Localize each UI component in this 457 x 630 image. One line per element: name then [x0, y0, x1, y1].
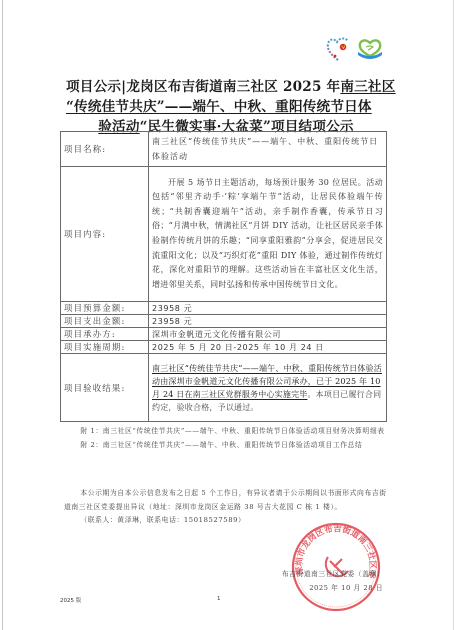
signature-block: 布吉街道南三社区党委（盖章） 2025 年 10 月 28 日 [254, 567, 384, 595]
project-content-text: 开展 5 场节日主题活动，每场预计服务 30 位居民。活动包括“邻里齐动手·‘粽… [152, 176, 383, 293]
table-row-expenditure: 项目支出金额: 23958 元 [61, 315, 387, 328]
label-budget: 项目预算金额: [61, 302, 149, 315]
value-period: 2025 年 5 月 20 日-2025 年 10 月 24 日 [149, 341, 387, 354]
label-period: 项目实施周期: [61, 341, 149, 354]
signing-date: 2025 年 10 月 28 日 [254, 581, 384, 595]
signing-organization: 布吉街道南三社区党委（盖章） [254, 567, 384, 581]
footer-version: 2025 版 [60, 596, 81, 604]
table-row-contractor: 项目承办方: 深圳市金帆道元文化传播有限公司 [61, 328, 387, 341]
label-acceptance-result: 项目验收结果: [61, 354, 149, 422]
value-expenditure: 23958 元 [149, 315, 387, 328]
value-acceptance-result: 南三社区“传统佳节共庆”——端午、中秋、重阳传统节日体验活动由深圳市金帆道元文化… [149, 354, 387, 422]
table-row-period: 项目实施周期: 2025 年 5 月 20 日-2025 年 10 月 24 日 [61, 341, 387, 354]
party-heart-logo-icon [326, 36, 350, 62]
project-info-table: 项目名称: 南三社区“传统佳节共庆”——端午、中秋、重阳传统节日体验活动 项目内… [60, 131, 387, 422]
attachment-1: 附 1：南三社区“传统佳节共庆”——端午、中秋、重阳传统节日体验活动项目财务决算… [64, 425, 394, 439]
table-row-project-name: 项目名称: 南三社区“传统佳节共庆”——端午、中秋、重阳传统节日体验活动 [61, 132, 387, 167]
attachments-list: 附 1：南三社区“传统佳节共庆”——端午、中秋、重阳传统节日体验活动项目财务决算… [64, 425, 394, 452]
document-title: 项目公示|龙岗区布吉街道南三社区 2025 年南三社区 “传统佳节共庆”——端午… [66, 77, 386, 137]
title-prefix: 项目公示|龙岗区布吉街道南三社区 2025 年 [66, 79, 340, 95]
table-row-budget: 项目预算金额: 23958 元 [61, 302, 387, 315]
page-edge-right [453, 0, 454, 630]
value-project-content: 开展 5 场节日主题活动，每场预计服务 30 位居民。活动包括“邻里齐动手·‘粽… [149, 167, 387, 302]
value-project-name: 南三社区“传统佳节共庆”——端午、中秋、重阳传统节日体验活动 [149, 132, 387, 167]
value-contractor: 深圳市金帆道元文化传播有限公司 [149, 328, 387, 341]
value-budget: 23958 元 [149, 302, 387, 315]
title-line-2: “传统佳节共庆”——端午、中秋、重阳传统节日体 [66, 97, 386, 117]
table-row-project-content: 项目内容: 开展 5 场节日主题活动，每场预计服务 30 位居民。活动包括“邻里… [61, 167, 387, 302]
label-expenditure: 项目支出金额: [61, 315, 149, 328]
label-contractor: 项目承办方: [61, 328, 149, 341]
page-edge-left [2, 0, 3, 630]
community-green-heart-logo-icon [356, 38, 384, 62]
label-project-content: 项目内容: [61, 167, 149, 302]
title-underlined-part-2: “传统佳节共庆”——端午、中秋、重阳传统节日体 [66, 99, 372, 115]
header-logos [326, 36, 386, 66]
attachment-2: 附 2：南三社区“传统佳节共庆”——端午、中秋、重阳传统节日体验活动项目工作总结 [64, 439, 394, 453]
title-line-1: 项目公示|龙岗区布吉街道南三社区 2025 年南三社区 [66, 77, 386, 97]
table-row-acceptance-result: 项目验收结果: 南三社区“传统佳节共庆”——端午、中秋、重阳传统节日体验活动由深… [61, 354, 387, 422]
notice-text: 本公示期为自本公示信息发布之日起 5 个工作日，有异议者请于公示期间以书面形式向… [64, 487, 394, 514]
label-project-name: 项目名称: [61, 132, 149, 167]
footer-page-number: 1 [217, 596, 221, 602]
title-underlined-part-1: 南三社区 [340, 79, 395, 95]
